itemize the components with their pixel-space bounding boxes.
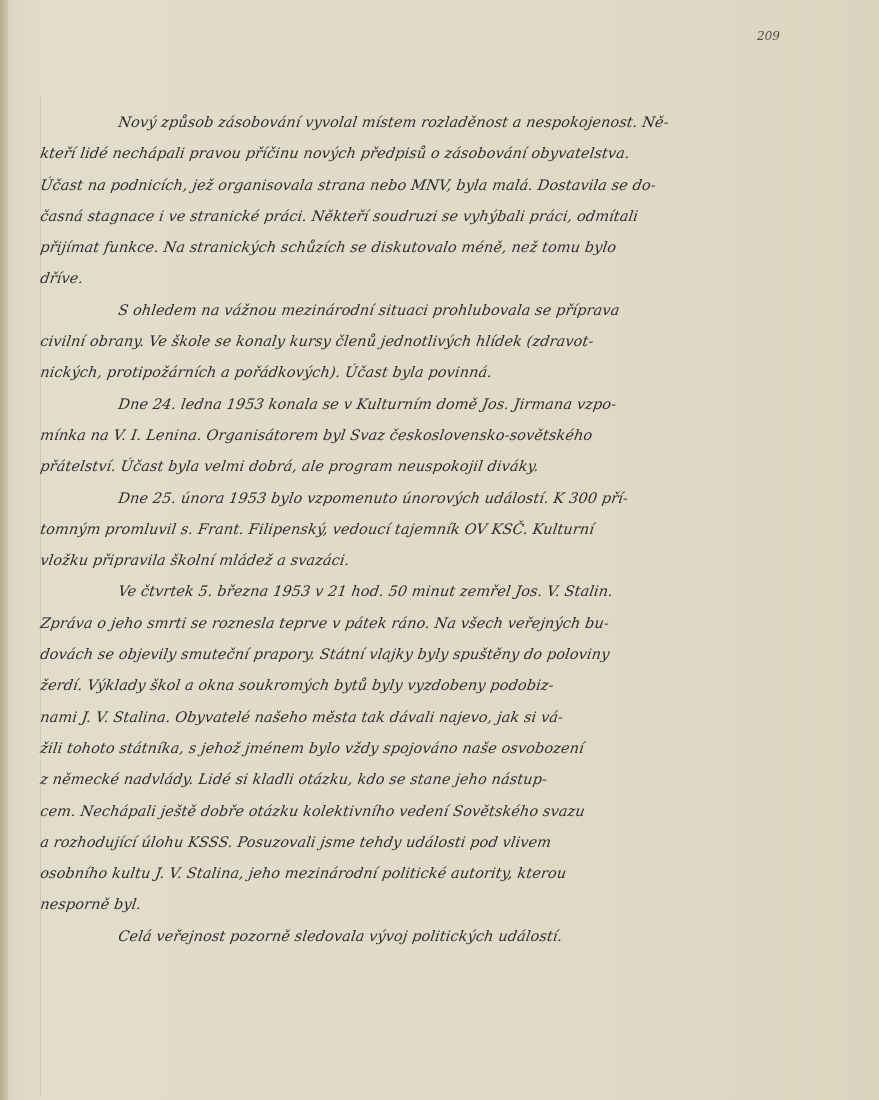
text-line: Ve čtvrtek 5. března 1953 v 21 hod. 50 m… bbox=[38, 577, 722, 608]
text-line: Celá veřejnost pozorně sledovala vývoj p… bbox=[38, 922, 722, 953]
text-line: tomným promluvil s. Frant. Filipenský, v… bbox=[38, 515, 722, 546]
text-line: civilní obrany. Ve škole se konaly kursy… bbox=[38, 327, 722, 358]
chronicle-page: 209 Nový způsob zásobování vyvolal míste… bbox=[0, 0, 879, 1100]
text-line: a rozhodující úlohu KSSS. Posuzovali jsm… bbox=[38, 828, 722, 859]
page-number: 209 bbox=[757, 29, 780, 43]
text-line: Dne 25. února 1953 bylo vzpomenuto únoro… bbox=[38, 484, 722, 515]
text-line: Zpráva o jeho smrti se roznesla teprve v… bbox=[38, 609, 722, 640]
text-line: cem. Nechápali ještě dobře otázku kolekt… bbox=[38, 797, 722, 828]
text-line: osobního kultu J. V. Stalina, jeho mezin… bbox=[38, 859, 722, 890]
page-binding-edge bbox=[0, 0, 8, 1100]
text-line: nických, protipožárních a pořádkových). … bbox=[38, 358, 722, 389]
text-line: vložku připravila školní mládež a svazác… bbox=[38, 546, 722, 577]
text-line: Dne 24. ledna 1953 konala se v Kulturním… bbox=[38, 390, 722, 421]
text-line: časná stagnace i ve stranické práci. Něk… bbox=[38, 202, 722, 233]
text-line: přátelství. Účast byla velmi dobrá, ale … bbox=[38, 452, 722, 483]
text-line: přijímat funkce. Na stranických schůzích… bbox=[38, 233, 722, 264]
text-line: S ohledem na vážnou mezinárodní situaci … bbox=[38, 296, 722, 327]
text-line: žili tohoto státníka, s jehož jménem byl… bbox=[38, 734, 722, 765]
text-line: z německé nadvlády. Lidé si kladli otázk… bbox=[38, 765, 722, 796]
text-line: nami J. V. Stalina. Obyvatelé našeho měs… bbox=[38, 703, 722, 734]
text-line: kteří lidé nechápali pravou příčinu nový… bbox=[38, 139, 722, 170]
text-line: dříve. bbox=[38, 264, 722, 295]
handwritten-text-body: Nový způsob zásobování vyvolal místem ro… bbox=[38, 108, 718, 953]
text-line: žerdí. Výklady škol a okna soukromých by… bbox=[38, 671, 722, 702]
text-line: mínka na V. I. Lenina. Organisátorem byl… bbox=[38, 421, 722, 452]
text-line: nesporně byl. bbox=[38, 890, 722, 921]
text-line: Nový způsob zásobování vyvolal místem ro… bbox=[38, 108, 722, 139]
text-line: dovách se objevily smuteční prapory. Stá… bbox=[38, 640, 722, 671]
text-line: Účast na podnicích, jež organisovala str… bbox=[38, 171, 722, 202]
